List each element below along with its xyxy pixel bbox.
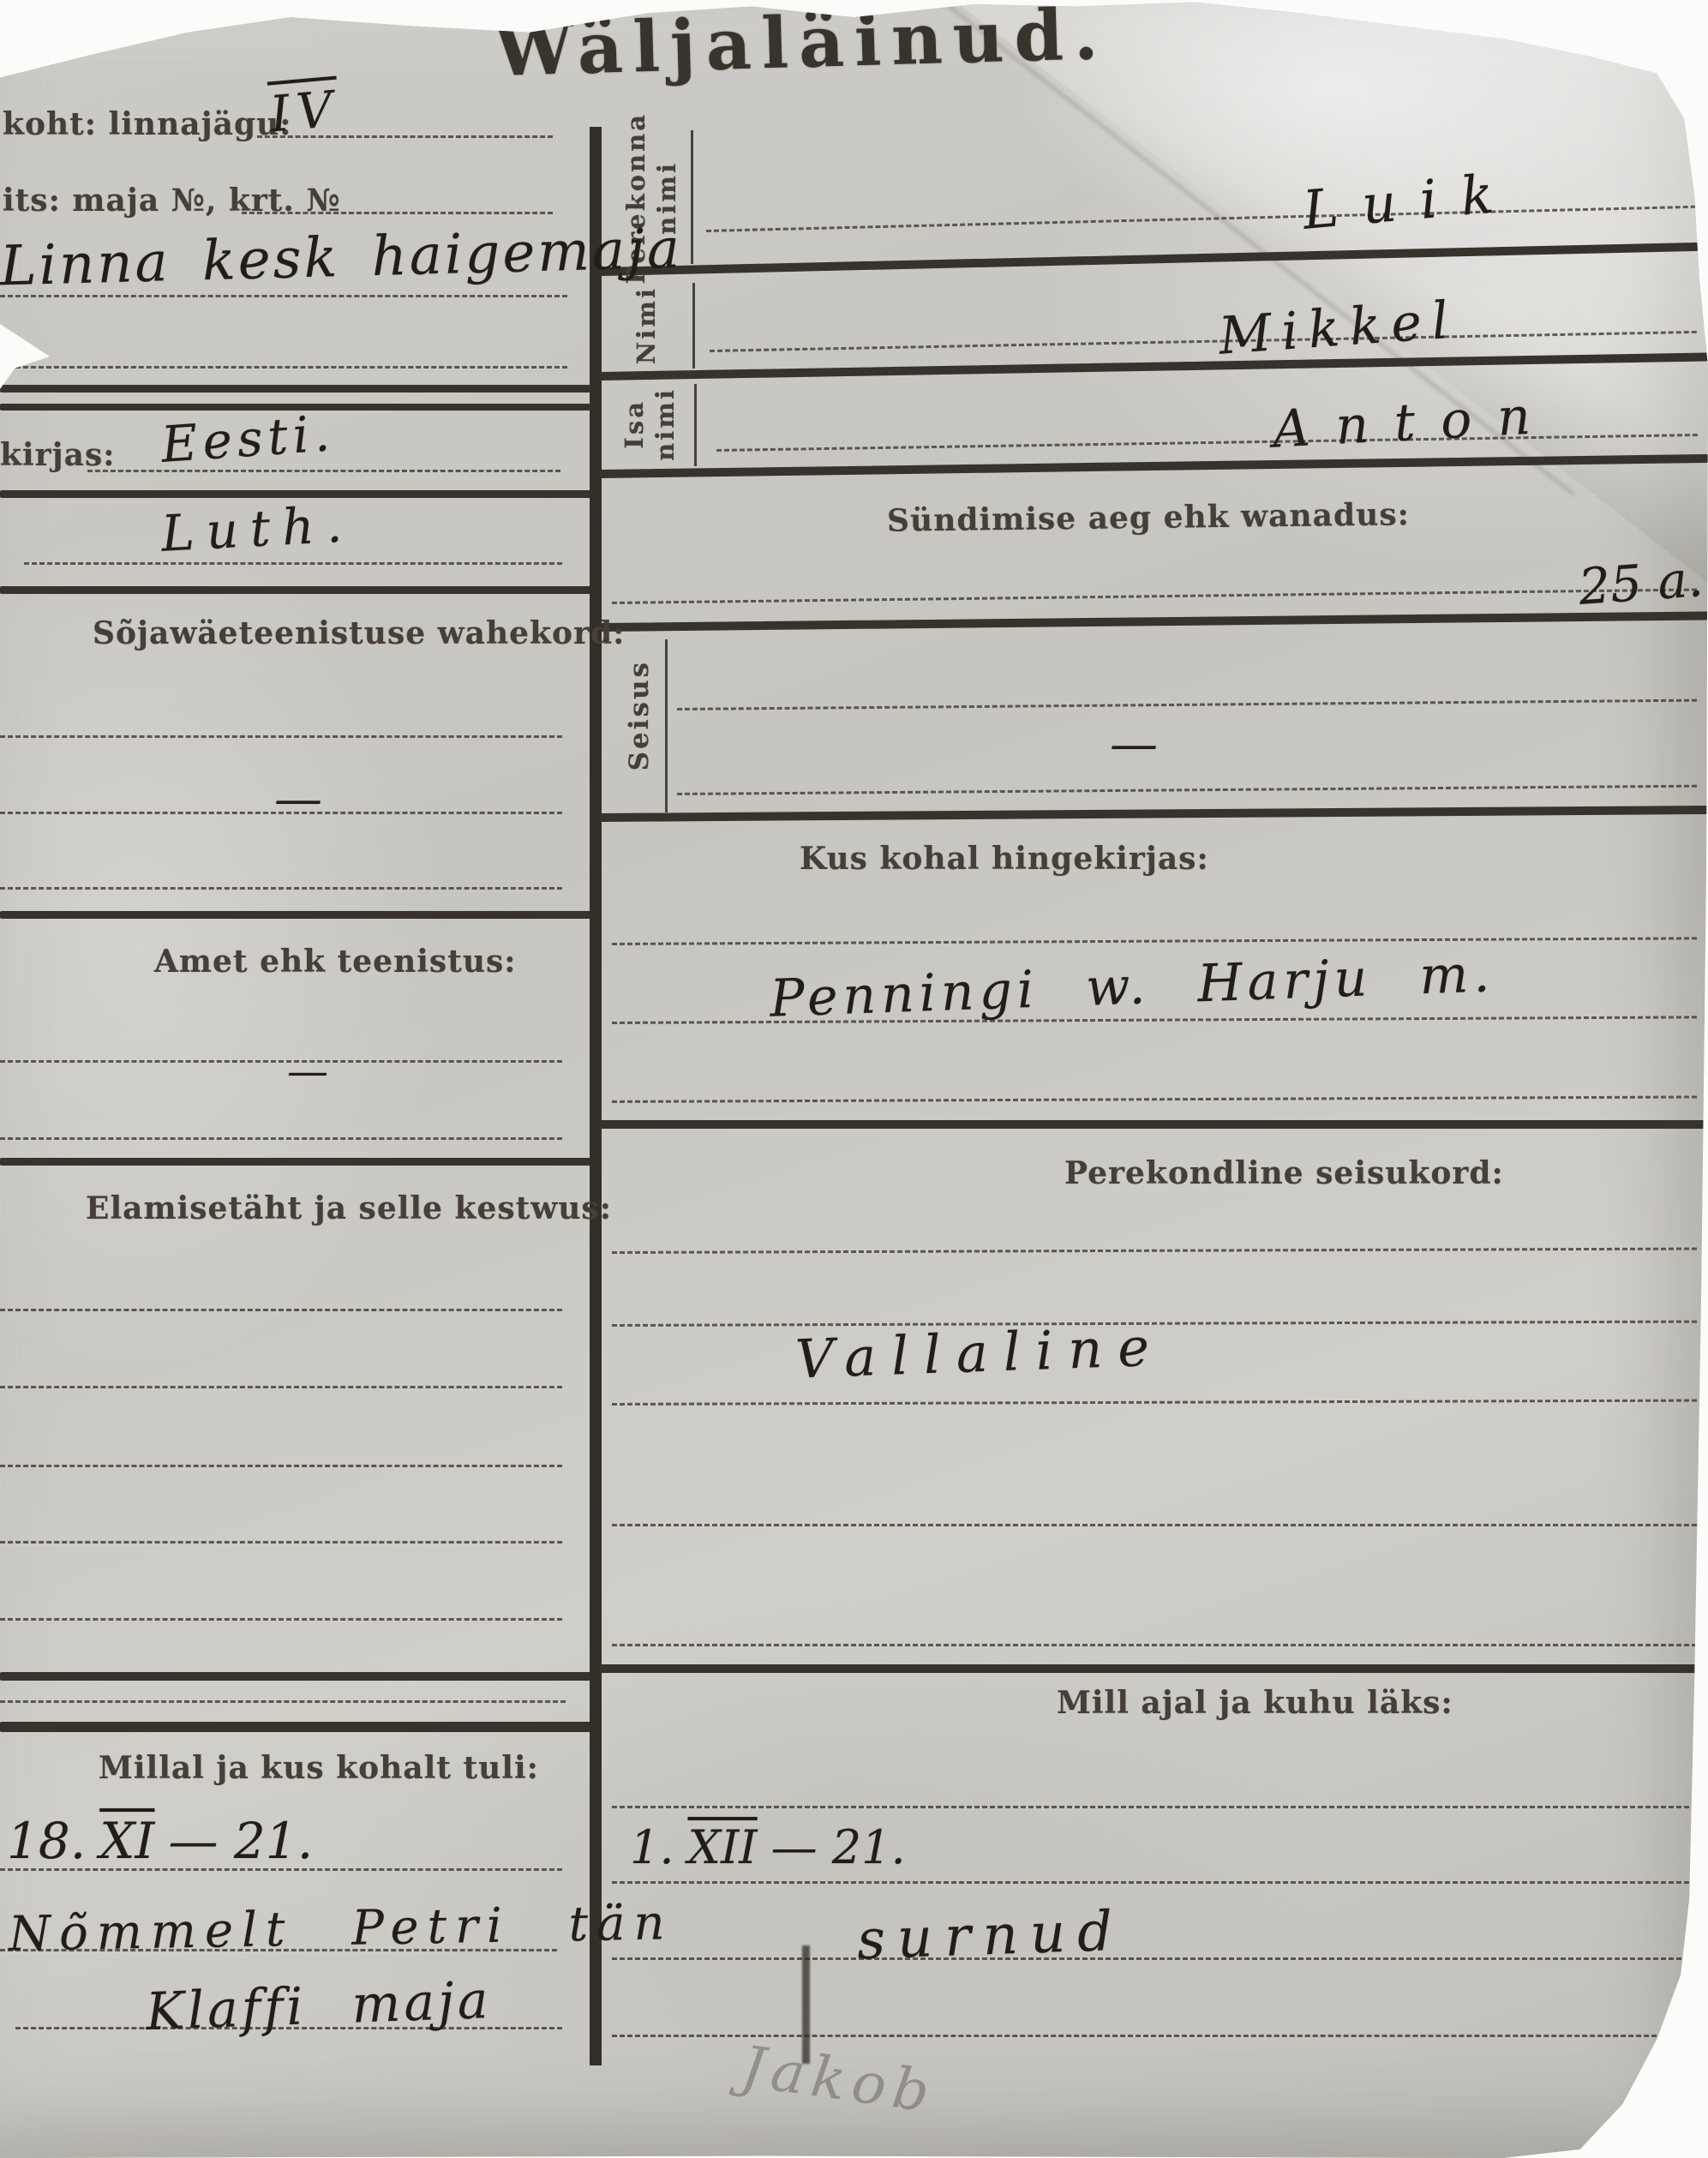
dotted-line xyxy=(87,470,560,472)
pencil-note: Jakob xyxy=(738,2034,940,2126)
dotted-line xyxy=(0,1137,562,1140)
military-service-value: — xyxy=(274,771,322,827)
marital-label: Perekondline seisukord: xyxy=(1064,1155,1504,1191)
rule-line xyxy=(0,1722,593,1732)
dotted-line xyxy=(677,699,1697,710)
rule-line xyxy=(600,454,1708,478)
arrival-year: — 21. xyxy=(168,1812,313,1870)
dotted-line xyxy=(0,735,562,738)
rule-line xyxy=(600,611,1708,632)
dotted-line xyxy=(612,1957,1697,1960)
dotted-line xyxy=(612,589,1697,604)
form-title: Wäljaläinud. xyxy=(445,0,1158,94)
arrival-month: XI xyxy=(99,1812,154,1870)
occupation-label: Amet ehk teenistus: xyxy=(154,944,517,980)
birth-age-value: 25 a. xyxy=(1577,549,1705,616)
birth-age-label: Sündimise aeg ehk wanadus: xyxy=(887,496,1410,538)
rule-line xyxy=(0,911,593,919)
scanned-registration-card: Wäljaläinud. koht: linnajägu: IV its: ma… xyxy=(0,0,1708,2158)
dotted-line xyxy=(0,1465,562,1467)
address-value: Linna kesk haigemaja xyxy=(0,218,683,299)
military-service-label: Sõjawäeteenistuse wahekord: xyxy=(93,615,625,651)
dotted-line xyxy=(677,785,1697,795)
rule-line xyxy=(0,1672,593,1681)
dotted-line xyxy=(0,887,562,890)
dotted-line xyxy=(0,1060,562,1063)
register-label: Kus kohal hingekirjas: xyxy=(800,841,1209,877)
religion-value: Luth. xyxy=(159,495,355,563)
dotted-line xyxy=(0,1618,562,1621)
dotted-line xyxy=(0,1541,562,1544)
dotted-line xyxy=(0,1700,566,1703)
column-divider xyxy=(590,127,602,2065)
vertical-rule xyxy=(665,639,668,812)
citizenship-value: Eesti. xyxy=(159,404,337,474)
rule-line xyxy=(600,1664,1708,1673)
dotted-line xyxy=(612,1095,1697,1103)
district-value: IV xyxy=(267,80,341,144)
vertical-rule xyxy=(692,283,695,369)
departure-month: XII xyxy=(688,1820,758,1874)
dotted-line xyxy=(0,366,567,369)
dotted-line xyxy=(612,1881,1697,1884)
vertical-rule xyxy=(691,130,693,264)
rule-line xyxy=(600,1120,1708,1129)
arrival-from-line1: Nõmmelt Petri tän xyxy=(8,1895,674,1963)
status-label-text: Seisus xyxy=(624,660,655,770)
rule-line xyxy=(0,1158,593,1166)
marital-value: Vallaline xyxy=(794,1316,1166,1391)
arrival-date: 18.XI— 21. xyxy=(7,1812,313,1870)
register-value: Penningi w. Harju m. xyxy=(769,944,1495,1028)
status-label: Seisus xyxy=(615,651,663,780)
dotted-line xyxy=(24,562,562,565)
dotted-line xyxy=(612,1400,1697,1406)
vertical-rule xyxy=(694,384,697,466)
dotted-line xyxy=(612,1806,1697,1808)
firstname-label: Nimi xyxy=(620,281,672,370)
status-value: — xyxy=(1110,716,1158,772)
arrival-from-line2: Klaffi maja xyxy=(145,1970,493,2042)
departure-label: Mill ajal ja kuhu läks: xyxy=(1057,1685,1453,1721)
father-label-line1: Isa xyxy=(620,399,649,449)
house-number-label: its: maja №, krt. № xyxy=(3,183,341,219)
rule-line xyxy=(600,806,1708,822)
father-name-label: Isa nimi xyxy=(612,382,687,466)
paper-sheet: Wäljaläinud. koht: linnajägu: IV its: ma… xyxy=(0,0,1708,2158)
dotted-line xyxy=(0,1309,562,1311)
departure-day: 1. xyxy=(630,1820,674,1874)
dotted-line xyxy=(0,1386,562,1388)
residence-permit-label: Elamisetäht ja selle kestwus: xyxy=(86,1190,612,1226)
citizenship-label: kirjas: xyxy=(0,437,116,473)
arrival-label: Millal ja kus kohalt tuli: xyxy=(99,1750,539,1786)
dotted-line xyxy=(612,1524,1697,1526)
departure-year: — 21. xyxy=(771,1820,906,1874)
district-label: koht: linnajägu: xyxy=(3,106,292,142)
father-label-line2: nimi xyxy=(650,387,680,461)
firstname-label-text: Nimi xyxy=(632,286,661,364)
rule-line xyxy=(0,586,593,594)
arrival-day: 18. xyxy=(7,1812,86,1870)
dotted-line xyxy=(612,1248,1697,1254)
departure-date: 1.XII— 21. xyxy=(630,1820,906,1874)
occupation-value: — xyxy=(287,1047,328,1095)
departure-destination: surnud xyxy=(856,1900,1125,1973)
dotted-line xyxy=(612,937,1697,945)
rule-line xyxy=(0,385,593,393)
dotted-line xyxy=(612,1644,1697,1646)
